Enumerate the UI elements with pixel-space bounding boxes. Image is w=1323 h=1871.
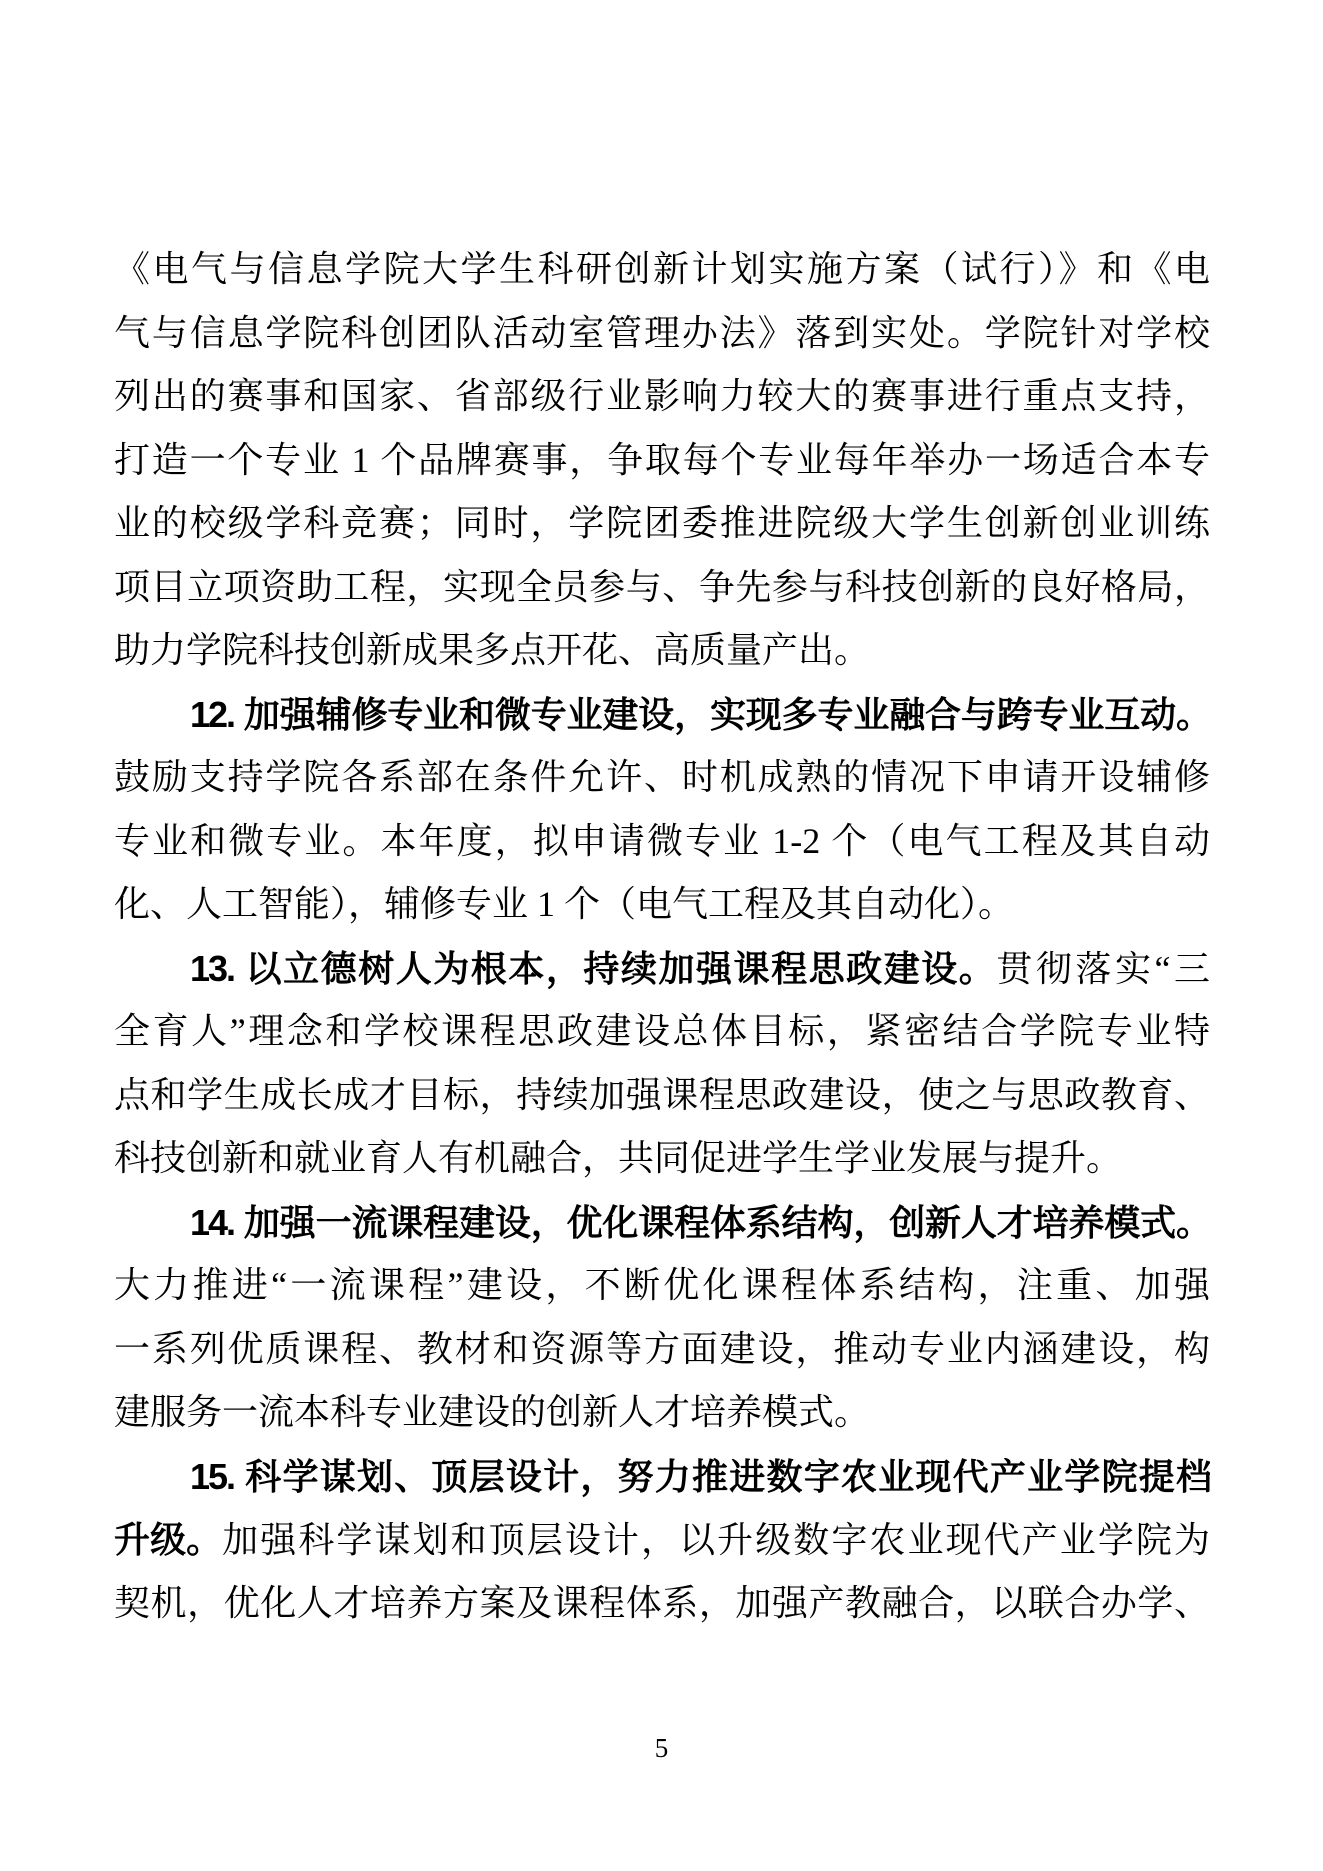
text-segment: 贯彻落实“三 — [996, 949, 1210, 989]
text-line: 科技创新和就业育人有机融合，共同促进学生学业发展与提升。 — [114, 1127, 1210, 1191]
text-segment: 科技创新和就业育人有机融合，共同促进学生学业发展与提升。 — [114, 1138, 1122, 1178]
bold-text-segment: 15. 科学谋划、顶层设计，努力推进数字农业现代产业学院提档 — [190, 1456, 1210, 1497]
text-segment: 点和学生成长成才目标，持续加强课程思政建设，使之与思政教育、 — [114, 1075, 1210, 1115]
text-line: 14. 加强一流课程建设，优化课程体系结构，创新人才培养模式。 — [114, 1191, 1210, 1255]
text-line: 全育人”理念和学校课程思政建设总体目标，紧密结合学院专业特 — [114, 1000, 1210, 1064]
text-segment: 项目立项资助工程，实现全员参与、争先参与科技创新的良好格局， — [114, 567, 1210, 607]
text-line: 点和学生成长成才目标，持续加强课程思政建设，使之与思政教育、 — [114, 1064, 1210, 1128]
text-line: 鼓励支持学院各系部在条件允许、时机成熟的情况下申请开设辅修 — [114, 746, 1210, 810]
bold-text-segment: 12. 加强辅修专业和微专业建设，实现多专业融合与跨专业互动。 — [190, 694, 1210, 735]
text-segment: 打造一个专业 1 个品牌赛事，争取每个专业每年举办一场适合本专 — [114, 440, 1210, 480]
text-line: 列出的赛事和国家、省部级行业影响力较大的赛事进行重点支持， — [114, 365, 1210, 429]
text-segment: 一系列优质课程、教材和资源等方面建设，推动专业内涵建设，构 — [114, 1329, 1210, 1369]
text-segment: 大力推进“一流课程”建设，不断优化课程体系结构，注重、加强 — [114, 1265, 1210, 1305]
text-segment: 建服务一流本科专业建设的创新人才培养模式。 — [114, 1392, 870, 1432]
text-segment: 气与信息学院科创团队活动室管理办法》落到实处。学院针对学校 — [114, 313, 1210, 353]
text-segment: 助力学院科技创新成果多点开花、高质量产出。 — [114, 630, 870, 670]
text-line: 专业和微专业。本年度，拟申请微专业 1-2 个（电气工程及其自动 — [114, 810, 1210, 874]
text-line: 大力推进“一流课程”建设，不断优化课程体系结构，注重、加强 — [114, 1254, 1210, 1318]
text-line: 气与信息学院科创团队活动室管理办法》落到实处。学院针对学校 — [114, 302, 1210, 366]
text-segment: 列出的赛事和国家、省部级行业影响力较大的赛事进行重点支持， — [114, 376, 1210, 416]
text-segment: 《电气与信息学院大学生科研创新计划实施方案（试行）》和《电 — [114, 249, 1210, 289]
text-segment: 化、人工智能），辅修专业 1 个（电气工程及其自动化）。 — [114, 884, 1014, 924]
bold-text-segment: 13. 以立德树人为根本，持续加强课程思政建设。 — [190, 948, 996, 989]
text-line: 项目立项资助工程，实现全员参与、争先参与科技创新的良好格局， — [114, 556, 1210, 620]
text-line: 契机，优化人才培养方案及课程体系，加强产教融合，以联合办学、 — [114, 1572, 1210, 1636]
text-line: 化、人工智能），辅修专业 1 个（电气工程及其自动化）。 — [114, 873, 1210, 937]
text-line: 升级。加强科学谋划和顶层设计，以升级数字农业现代产业学院为 — [114, 1508, 1210, 1572]
text-line: 业的校级学科竞赛；同时，学院团委推进院级大学生创新创业训练 — [114, 492, 1210, 556]
page-number: 5 — [0, 1728, 1323, 1768]
text-line: 12. 加强辅修专业和微专业建设，实现多专业融合与跨专业互动。 — [114, 683, 1210, 747]
text-segment: 专业和微专业。本年度，拟申请微专业 1-2 个（电气工程及其自动 — [114, 821, 1210, 861]
document-page: 《电气与信息学院大学生科研创新计划实施方案（试行）》和《电气与信息学院科创团队活… — [0, 0, 1323, 1871]
text-line: 助力学院科技创新成果多点开花、高质量产出。 — [114, 619, 1210, 683]
text-segment: 业的校级学科竞赛；同时，学院团委推进院级大学生创新创业训练 — [114, 503, 1210, 543]
bold-text-segment: 升级。 — [114, 1519, 222, 1560]
text-line: 一系列优质课程、教材和资源等方面建设，推动专业内涵建设，构 — [114, 1318, 1210, 1382]
text-line: 建服务一流本科专业建设的创新人才培养模式。 — [114, 1381, 1210, 1445]
text-segment: 契机，优化人才培养方案及课程体系，加强产教融合，以联合办学、 — [114, 1583, 1210, 1623]
document-body: 《电气与信息学院大学生科研创新计划实施方案（试行）》和《电气与信息学院科创团队活… — [114, 238, 1210, 1635]
text-line: 打造一个专业 1 个品牌赛事，争取每个专业每年举办一场适合本专 — [114, 429, 1210, 493]
text-line: 15. 科学谋划、顶层设计，努力推进数字农业现代产业学院提档 — [114, 1445, 1210, 1509]
text-line: 《电气与信息学院大学生科研创新计划实施方案（试行）》和《电 — [114, 238, 1210, 302]
text-segment: 鼓励支持学院各系部在条件允许、时机成熟的情况下申请开设辅修 — [114, 757, 1210, 797]
text-line: 13. 以立德树人为根本，持续加强课程思政建设。贯彻落实“三 — [114, 937, 1210, 1001]
text-segment: 加强科学谋划和顶层设计，以升级数字农业现代产业学院为 — [222, 1520, 1210, 1560]
bold-text-segment: 14. 加强一流课程建设，优化课程体系结构，创新人才培养模式。 — [190, 1202, 1210, 1243]
text-segment: 全育人”理念和学校课程思政建设总体目标，紧密结合学院专业特 — [114, 1011, 1210, 1051]
